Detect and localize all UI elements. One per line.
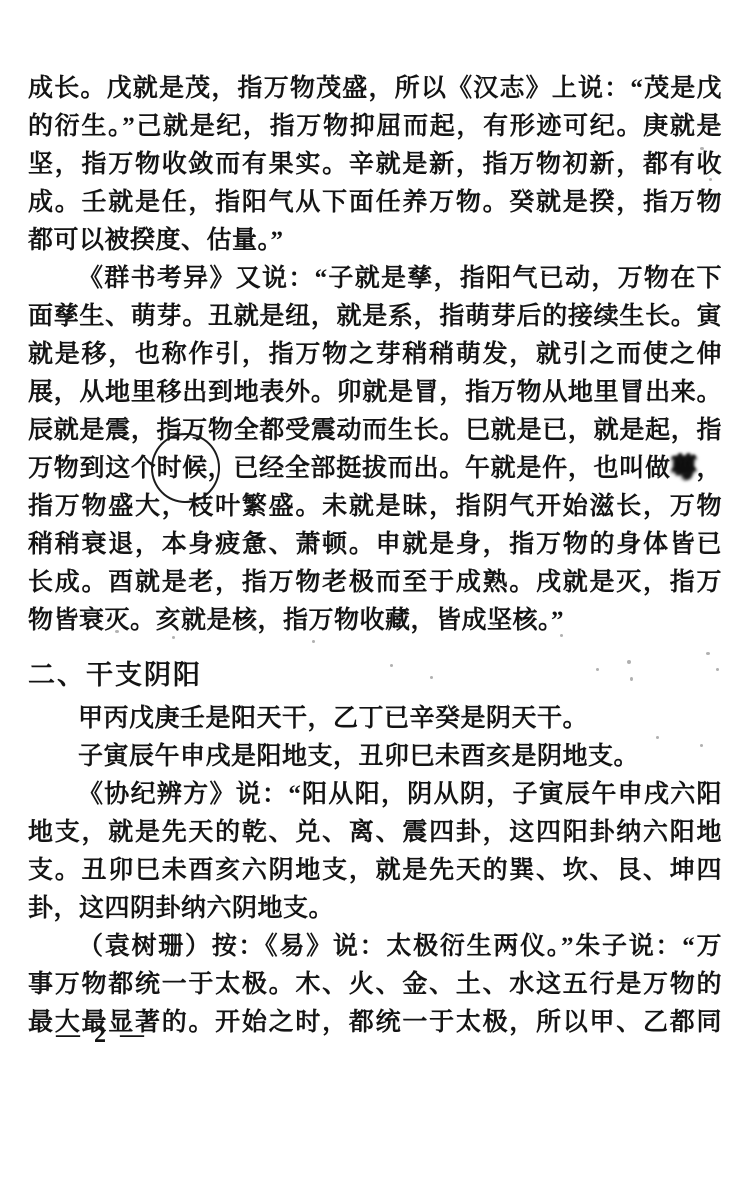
scanned-book-page: 成长。戊就是茂，指万物茂盛，所以《汉志》上说：“茂是戊 的衍生。”己就是纪，指万…: [0, 0, 750, 1184]
page-number: — 2 —: [56, 1022, 148, 1049]
scan-speck: [172, 636, 175, 639]
body-line-paragraph: 甲丙戊庚壬是阳天干，乙丁已辛癸是阴天干。: [28, 700, 722, 738]
line-segment: ，: [696, 455, 722, 482]
body-line: 成。壬就是任，指阳气从下面任养万物。癸就是揆，指万物: [28, 184, 722, 222]
body-line: 坚，指万物收敛而有果实。辛就是新，指万物初新，都有收: [28, 146, 722, 184]
section-heading: 二、干支阴阳: [28, 654, 722, 696]
scan-speck: [430, 676, 433, 679]
scan-speck: [712, 165, 714, 167]
body-line-paragraph: 子寅辰午申戌是阳地支，丑卯巳未酉亥是阴地支。: [28, 738, 722, 776]
body-line-paragraph-end: 物皆衰灭。亥就是核，指万物收藏，皆成坚核。”: [28, 602, 722, 640]
scan-speck: [390, 664, 393, 667]
body-line: 成长。戊就是茂，指万物茂盛，所以《汉志》上说：“茂是戊: [28, 70, 722, 108]
scan-speck: [716, 668, 719, 671]
body-line-paragraph-start: 《协纪辨方》说：“阳从阳，阴从阴，子寅辰午申戌六阳: [28, 776, 722, 814]
body-line: 稍稍衰退，本身疲惫、萧顿。申就是身，指万物的身体皆已: [28, 526, 722, 564]
scan-speck: [596, 668, 599, 671]
line-segment: 万物到这个: [28, 455, 157, 482]
body-line: 就是移，也称作引，指万物之芽稍稍萌发，就引之而使之伸: [28, 336, 722, 374]
body-line-paragraph-end: 卦，这四阴卦纳六阴地支。: [28, 890, 722, 928]
scan-speck: [700, 147, 704, 150]
body-line: 指万物盛大，枝叶繁盛。未就是昧，指阴气开始滋长，万物: [28, 488, 722, 526]
body-line-paragraph-start: 《群书考异》又说：“子就是孳，指阳气已动，万物在下: [28, 260, 722, 298]
body-line: 事万物都统一于太极。木、火、金、土、水这五行是万物的: [28, 966, 722, 1004]
body-line-paragraph-end: 都可以被揆度、估量。”: [28, 222, 722, 260]
scan-speck: [706, 652, 710, 655]
body-line: 地支，就是先天的乾、兑、离、震四卦，这四阳卦纳六阳地: [28, 814, 722, 852]
body-line: 支。丑卯巳未酉亥六阴地支，就是先天的巽、坎、艮、坤四: [28, 852, 722, 890]
scan-speck: [560, 634, 563, 637]
body-line: 展，从地里移出到地表外。卯就是冒，指万物从地里冒出来。: [28, 374, 722, 412]
page-body: 成长。戊就是茂，指万物茂盛，所以《汉志》上说：“茂是戊 的衍生。”己就是纪，指万…: [28, 70, 722, 1042]
body-line-paragraph-start: （袁树珊）按：《易》说：太极衍生两仪。”朱子说：“万: [28, 928, 722, 966]
scan-speck: [115, 630, 119, 633]
scan-speck: [627, 660, 631, 664]
body-line: 长成。酉就是老，指万物老极而至于成熟。戌就是灭，指万: [28, 564, 722, 602]
scan-speck: [656, 736, 659, 739]
body-line: 面孳生、萌芽。丑就是纽，就是系，指萌芽后的接续生长。寅: [28, 298, 722, 336]
body-line: 的衍生。”己就是纪，指万物抑屈而起，有形迹可纪。庚就是: [28, 108, 722, 146]
scan-speck: [252, 628, 256, 631]
scan-speck: [709, 178, 712, 181]
ink-smudged-character: 萼: [671, 455, 697, 482]
line-segment: 已经全部挺拔而出。午就是仵，也叫做: [233, 455, 671, 482]
scan-speck: [312, 640, 315, 643]
scan-speck: [700, 744, 703, 747]
scan-speck: [630, 677, 633, 681]
handwritten-circle-annotation: 时候，: [157, 450, 234, 488]
scan-speck: [492, 622, 495, 626]
body-line: 辰就是震，指万物全都受震动而生长。巳就是已，就是起，指: [28, 412, 722, 450]
body-line-with-annotation: 万物到这个时候，已经全部挺拔而出。午就是仵，也叫做萼，: [28, 450, 722, 488]
